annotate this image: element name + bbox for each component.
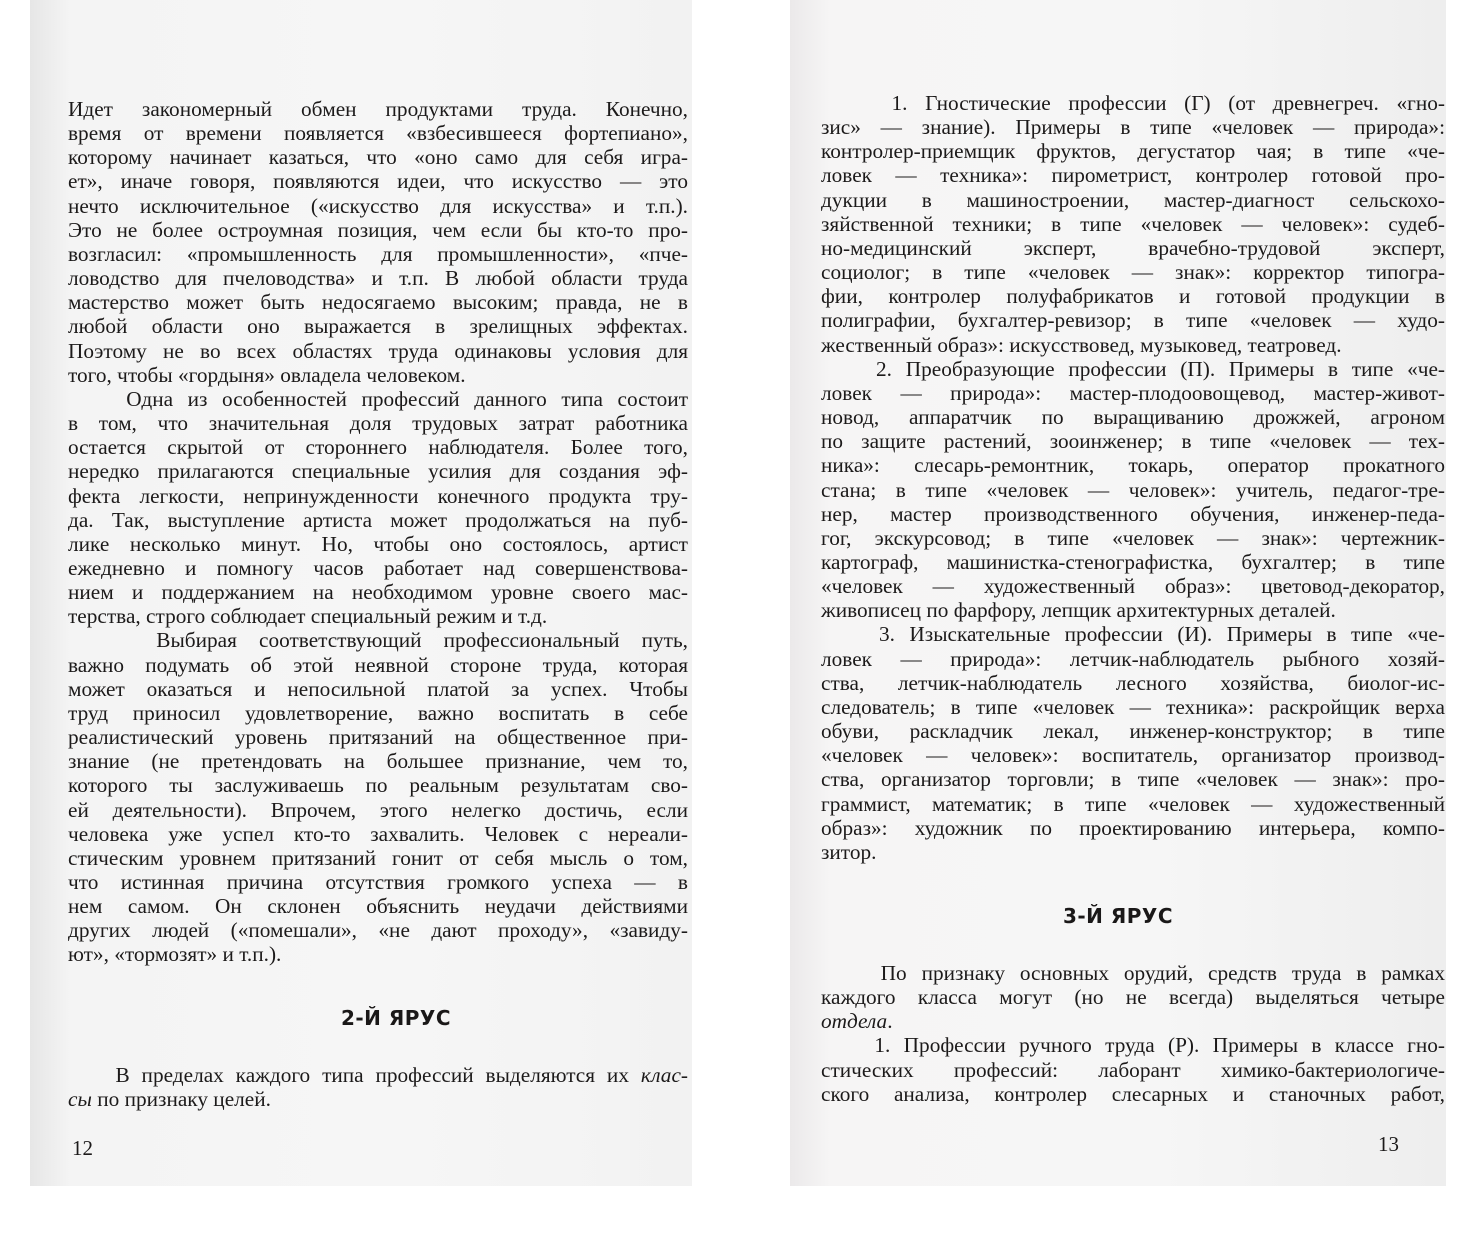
left-page-tier-2-paragraph: В пределах каждого типа профессий выделя… xyxy=(68,1063,688,1111)
text-line: стана; в типе «человек — человек»: учите… xyxy=(821,478,1445,502)
text-line: труд приносил удовлетворение, важно восп… xyxy=(68,701,688,725)
text-line: но-медицинский эксперт, врачебно-трудово… xyxy=(821,236,1445,260)
text-line: социолог; в типе «человек — знак»: корре… xyxy=(821,260,1445,284)
text-line: может оказаться и непосильной платой за … xyxy=(68,677,688,701)
section-heading-tier-2: 2-Й ЯРУС xyxy=(100,1006,692,1030)
text-line: ей деятельности). Впрочем, этого нелегко… xyxy=(68,798,688,822)
text-line: фии, контролер полуфабрикатов и готовой … xyxy=(821,284,1445,308)
right-page: 1. Гностические профессии (Г) (от древне… xyxy=(790,0,1446,1186)
text-line: важно подумать об этой неявной стороне т… xyxy=(68,653,688,677)
text-line: граммист, математик; в типе «человек — х… xyxy=(821,792,1445,816)
text-line: ют», «тормозят» и т.п.). xyxy=(68,942,688,966)
text-line: ловек — природа»: мастер-плодоовощевод, … xyxy=(821,381,1445,405)
text-line: 2. Преобразующие профессии (П). Примеры … xyxy=(821,357,1445,381)
text-line: других людей («помешали», «не дают прохо… xyxy=(68,918,688,942)
text-line: гог, экскурсовод; в типе «человек — знак… xyxy=(821,526,1445,550)
text-line: знание (не претендовать на большее призн… xyxy=(68,749,688,773)
text-line: Поэтому не во всех областях труда одинак… xyxy=(68,339,688,363)
text-line: ет», иначе говоря, появляются идеи, что … xyxy=(68,169,688,193)
text-line: нер, мастер производственного обучения, … xyxy=(821,502,1445,526)
text-line: зитор. xyxy=(821,840,1445,864)
text-line: нем самом. Он склонен объяснить неудачи … xyxy=(68,894,688,918)
left-page-body-text: Идет закономерный обмен продуктами труда… xyxy=(68,97,688,967)
section-heading-tier-3: 3-Й ЯРУС xyxy=(790,904,1446,928)
text-line: По признаку основных орудий, средств тру… xyxy=(821,961,1445,985)
text-line: ства, организатор торговли; в типе «чело… xyxy=(821,767,1445,791)
text-line: картограф, машинистка-стенографистка, бу… xyxy=(821,550,1445,574)
text-line: Идет закономерный обмен продуктами труда… xyxy=(68,97,688,121)
text-line: В пределах каждого типа профессий выделя… xyxy=(68,1063,688,1087)
text-line: жественный образ»: искусствовед, музыков… xyxy=(821,333,1445,357)
text-line: нечто исключительное («искусство для иск… xyxy=(68,194,688,218)
text-line: которого ты заслуживаешь по реальным рез… xyxy=(68,773,688,797)
text-line: Это не более остроумная позиция, чем есл… xyxy=(68,218,688,242)
text-line: стических профессий: лаборант химико-бак… xyxy=(821,1058,1445,1082)
text-line: каждого класса могут (но не всегда) выде… xyxy=(821,985,1445,1009)
text-line: ства, летчик-наблюдатель лесного хозяйст… xyxy=(821,671,1445,695)
text-line: человека уже успел кто-то захвалить. Чел… xyxy=(68,822,688,846)
page-number-right: 13 xyxy=(1378,1132,1399,1157)
text-line: того, чтобы «гордыня» овладела человеком… xyxy=(68,363,688,387)
text-line: обуви, раскладчик лекал, инженер-констру… xyxy=(821,719,1445,743)
text-line: лике несколько минут. Но, чтобы оно сост… xyxy=(68,532,688,556)
text-line: образ»: художник по проектированию интер… xyxy=(821,816,1445,840)
text-line: полиграфии, бухгалтер-ревизор; в типе «ч… xyxy=(821,308,1445,332)
text-line: Одна из особенностей профессий данного т… xyxy=(68,387,688,411)
text-line: «человек — художественный образ»: цветов… xyxy=(821,574,1445,598)
text-line: ежедневно и помногу часов работает над с… xyxy=(68,556,688,580)
text-line: 3. Изыскательные профессии (И). Примеры … xyxy=(821,622,1445,646)
text-line: ника»: слесарь-ремонтник, токарь, операт… xyxy=(821,453,1445,477)
text-line: нием и поддержанием на необходимом уровн… xyxy=(68,580,688,604)
text-line: новод, аппаратчик по выращиванию дрожжей… xyxy=(821,405,1445,429)
text-line: реалистический уровень притязаний на общ… xyxy=(68,725,688,749)
text-line: терства, строго соблюдает специальный ре… xyxy=(68,604,688,628)
text-line: отдела. xyxy=(821,1009,1445,1033)
text-line: да. Так, выступление артиста может продо… xyxy=(68,508,688,532)
text-line: ловек — природа»: летчик-наблюдатель рыб… xyxy=(821,647,1445,671)
text-line: что истинная причина отсутствия громкого… xyxy=(68,870,688,894)
text-line: нередко прилагаются специальные усилия д… xyxy=(68,459,688,483)
text-line: в том, что значительная доля трудовых за… xyxy=(68,411,688,435)
text-line: по защите растений, зооинженер; в типе «… xyxy=(821,429,1445,453)
text-line: 1. Профессии ручного труда (Р). Примеры … xyxy=(821,1033,1445,1057)
text-line: сы по признаку целей. xyxy=(68,1087,688,1111)
text-line: ловек — техника»: пирометрист, контролер… xyxy=(821,163,1445,187)
text-line: которому начинает казаться, что «оно сам… xyxy=(68,145,688,169)
text-line: дукции в машиностроении, мастер-диагност… xyxy=(821,188,1445,212)
text-line: 1. Гностические профессии (Г) (от древне… xyxy=(821,91,1445,115)
text-line: контролер-приемщик фруктов, дегустатор ч… xyxy=(821,139,1445,163)
text-line: «человек — человек»: воспитатель, органи… xyxy=(821,743,1445,767)
text-line: зис» — знание). Примеры в типе «человек … xyxy=(821,115,1445,139)
text-line: следователь; в типе «человек — техника»:… xyxy=(821,695,1445,719)
text-line: зяйственной техники; в типе «человек — ч… xyxy=(821,212,1445,236)
right-page-tier-3-paragraph: По признаку основных орудий, средств тру… xyxy=(821,961,1445,1106)
text-line: время от времени появляется «взбесившеес… xyxy=(68,121,688,145)
right-page-body-text: 1. Гностические профессии (Г) (от древне… xyxy=(821,91,1445,864)
left-page: Идет закономерный обмен продуктами труда… xyxy=(30,0,692,1186)
text-line: ского анализа, контролер слесарных и ста… xyxy=(821,1082,1445,1106)
text-line: Выбирая соответствующий профессиональный… xyxy=(68,628,688,652)
text-line: остается скрытой от стороннего наблюдате… xyxy=(68,435,688,459)
text-line: любой области оно выражается в зрелищных… xyxy=(68,314,688,338)
text-line: живописец по фарфору, лепщик архитектурн… xyxy=(821,598,1445,622)
text-line: фекта легкости, непринужденности конечно… xyxy=(68,484,688,508)
text-line: стическим уровнем притязаний гонит от се… xyxy=(68,846,688,870)
text-line: возгласил: «промышленность для промышлен… xyxy=(68,242,688,266)
text-line: ловодство для пчеловодства» и т.п. В люб… xyxy=(68,266,688,290)
text-line: мастерство может быть недосягаемо высоки… xyxy=(68,290,688,314)
page-number-left: 12 xyxy=(72,1136,93,1161)
